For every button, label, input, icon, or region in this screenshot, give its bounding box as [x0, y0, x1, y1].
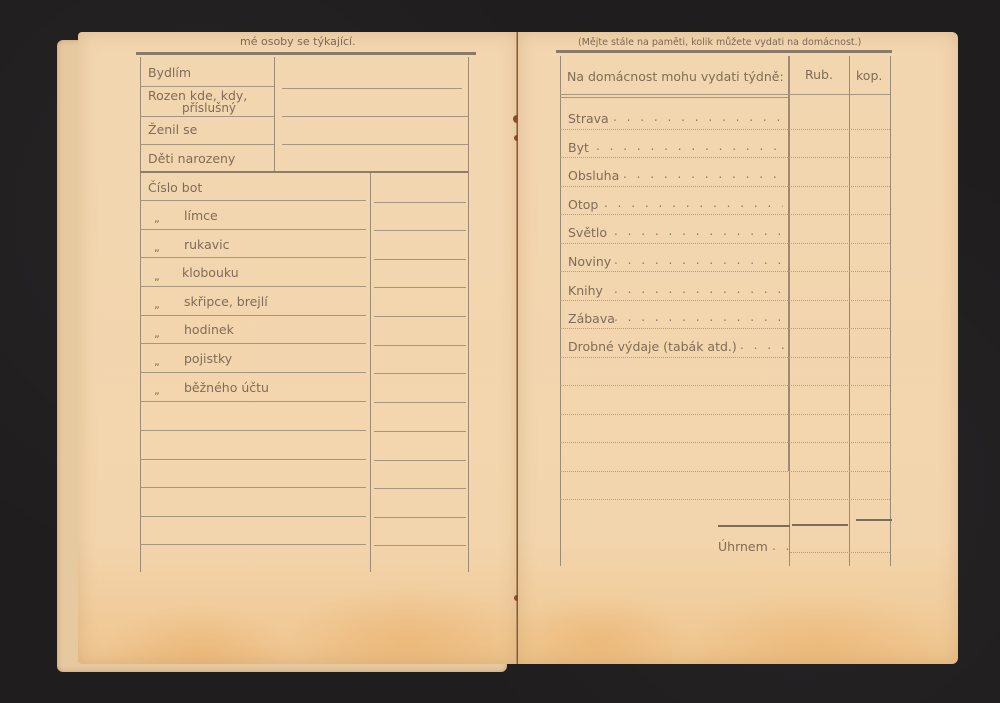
row-divider: [374, 259, 466, 260]
row-divider: [140, 200, 366, 201]
right-page-header: (Mějte stále na paměti, kolik můžete vyd…: [578, 37, 861, 48]
ditto-mark: „: [154, 298, 160, 311]
row-divider: [560, 271, 890, 272]
row-divider: [140, 229, 366, 230]
leader-dots: . . . . . . . . . . . . . . . . . .: [614, 224, 783, 238]
empty-row-line: [140, 544, 366, 545]
empty-row-line: [374, 431, 466, 432]
row-label-prislusny: příslušný: [182, 101, 236, 115]
write-line: [282, 88, 462, 89]
ditto-mark: „: [154, 241, 160, 254]
header-rule: [136, 52, 476, 55]
row-label-bydlim: Bydlím: [148, 65, 191, 80]
empty-row-line: [374, 517, 466, 518]
row-divider: [140, 343, 366, 344]
write-line: [282, 116, 468, 117]
row-label-limce: límce: [184, 208, 218, 223]
leader-dots: . . . . . . . . . . . . . . . . . .: [614, 282, 783, 296]
rub-column-divider: [788, 56, 790, 471]
row-divider: [374, 316, 466, 317]
total-rule: [792, 524, 848, 526]
ditto-mark: „: [154, 327, 160, 340]
row-divider: [374, 202, 466, 203]
header-divider-double: [560, 97, 788, 98]
table-border-right: [468, 57, 469, 572]
expense-label-otop: Otop: [568, 197, 598, 212]
leader-dots: . . . . . . . . . . . . . . . . . .: [740, 338, 785, 352]
header-rule: [556, 50, 892, 53]
empty-row-line: [560, 442, 890, 443]
row-divider: [140, 372, 366, 373]
expense-label-strava: Strava: [568, 111, 609, 126]
total-value-line: [790, 552, 890, 553]
row-divider: [140, 257, 366, 258]
row-divider: [374, 230, 466, 231]
kop-column-divider: [849, 56, 850, 566]
empty-row-line: [374, 545, 466, 546]
empty-row-line: [560, 385, 890, 386]
total-label: Úhrnem: [718, 539, 768, 554]
expense-label-byt: Byt: [568, 140, 589, 155]
leader-dots: . . . . . . . . . . . . . . . . . .: [614, 310, 783, 324]
row-divider: [140, 286, 366, 287]
row-label-pojistky: pojistky: [184, 351, 232, 366]
row-divider: [560, 300, 890, 301]
leader-dots: . . . . . . . . . . . . . . . . . .: [613, 110, 783, 124]
right-page: (Mějte stále na paměti, kolik můžete vyd…: [518, 32, 958, 664]
row-divider: [140, 86, 274, 87]
total-rule: [856, 519, 892, 521]
row-label-hodinek: hodinek: [184, 322, 234, 337]
total-dots: . .: [772, 539, 792, 553]
row-divider: [560, 157, 890, 158]
table-border-left: [560, 56, 561, 566]
empty-row-line: [140, 487, 366, 488]
row-divider: [140, 315, 366, 316]
section-divider: [140, 171, 468, 173]
leader-dots: . . . . . . . . . . . . . . . . . .: [604, 196, 783, 210]
leader-dots: . . . . . . . . . . . . . . . . . .: [596, 139, 783, 153]
header-divider: [560, 94, 890, 95]
row-divider: [560, 186, 890, 187]
table-border-right: [890, 56, 891, 566]
row-divider: [374, 345, 466, 346]
empty-row-line: [140, 459, 366, 460]
row-divider: [560, 214, 890, 215]
row-divider: [560, 243, 890, 244]
ditto-mark: „: [154, 384, 160, 397]
empty-row-line: [374, 460, 466, 461]
row-label-cislo-bot: Číslo bot: [148, 180, 202, 195]
row-label-klobouku: klobouku: [182, 265, 239, 280]
table-divider: [370, 173, 371, 572]
empty-row-line: [560, 499, 890, 500]
empty-row-line: [374, 488, 466, 489]
row-divider: [140, 116, 274, 117]
table-border-left: [140, 57, 141, 171]
expense-label-noviny: Noviny: [568, 254, 611, 269]
empty-row-line: [140, 516, 366, 517]
empty-row-line: [560, 471, 890, 472]
ditto-mark: „: [154, 355, 160, 368]
row-divider: [140, 144, 274, 145]
row-label-rukavic: rukavic: [184, 237, 229, 252]
ditto-mark: „: [154, 270, 160, 283]
expense-label-svetlo: Světlo: [568, 225, 607, 240]
empty-row-line: [140, 430, 366, 431]
empty-row-line: [560, 414, 890, 415]
expense-label-obsluha: Obsluha: [568, 168, 619, 183]
row-divider: [374, 402, 466, 403]
table-divider: [274, 57, 275, 171]
expense-label-knihy: Knihy: [568, 283, 603, 298]
expense-label-zabava: Zábava: [568, 311, 615, 326]
leader-dots: . . . . . . . . . . . . . . . . . .: [614, 253, 783, 267]
left-page-header: mé osoby se týkající.: [240, 35, 356, 48]
row-divider: [374, 287, 466, 288]
row-divider: [560, 328, 890, 329]
row-label-bezneho-uctu: běžného účtu: [184, 380, 269, 395]
row-label-zenil: Ženil se: [148, 122, 197, 137]
row-divider: [140, 401, 366, 402]
column-header-item: Na domácnost mohu vydati týdně:: [567, 69, 784, 84]
column-header-rub: Rub.: [805, 67, 833, 82]
expense-label-drobne-vydaje: Drobné výdaje (tabák atd.): [568, 339, 737, 354]
row-label-skripce: skřipce, brejlí: [184, 294, 268, 309]
left-page: mé osoby se týkající. Bydlím Rozen kde, …: [78, 32, 518, 664]
row-divider: [374, 373, 466, 374]
total-rule: [718, 525, 790, 527]
column-header-kop: kop.: [856, 68, 882, 83]
row-label-deti: Děti narozeny: [148, 151, 235, 166]
ditto-mark: „: [154, 212, 160, 225]
row-divider: [560, 129, 890, 130]
leader-dots: . . . . . . . . . . . . . . . . . .: [623, 167, 783, 181]
row-divider: [560, 357, 890, 358]
write-line: [282, 144, 468, 145]
